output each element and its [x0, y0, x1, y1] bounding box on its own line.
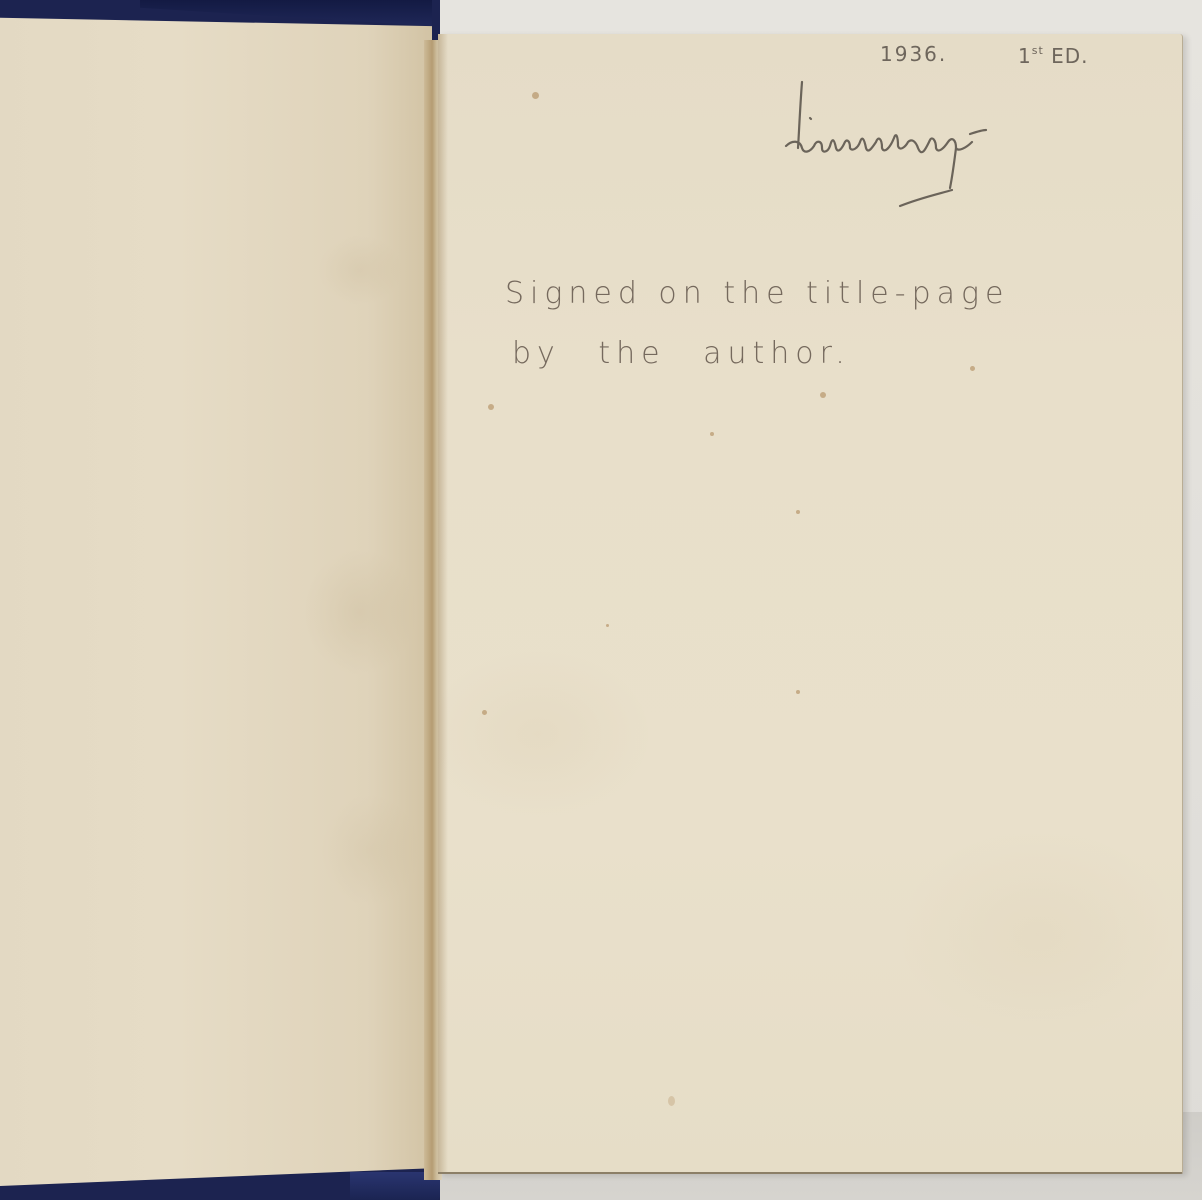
- edition-suffix: st: [1032, 44, 1044, 57]
- foxing-spot: [796, 690, 800, 694]
- foxing-spot: [532, 92, 539, 99]
- pencil-note-first-edition: 1st ED.: [1018, 44, 1089, 68]
- edition-label: ED.: [1051, 44, 1088, 68]
- pencil-note-year: 1936.: [880, 42, 947, 66]
- foxing-spot: [820, 392, 826, 398]
- author-signature: [780, 78, 1010, 218]
- edition-number: 1: [1018, 44, 1032, 68]
- foxing-spot: [710, 432, 714, 436]
- foxing-spot: [796, 510, 800, 514]
- pencil-note-line-2: by the author.: [512, 336, 851, 371]
- foxing-spot: [482, 710, 487, 715]
- left-pastedown-page: [0, 0, 432, 1186]
- foxing-spot: [488, 404, 494, 410]
- foxing-spot: [606, 624, 609, 627]
- foxing-spot: [668, 1096, 675, 1106]
- pencil-note-line-1: Signed on the title-page: [505, 276, 1009, 311]
- foxing-spot: [970, 366, 975, 371]
